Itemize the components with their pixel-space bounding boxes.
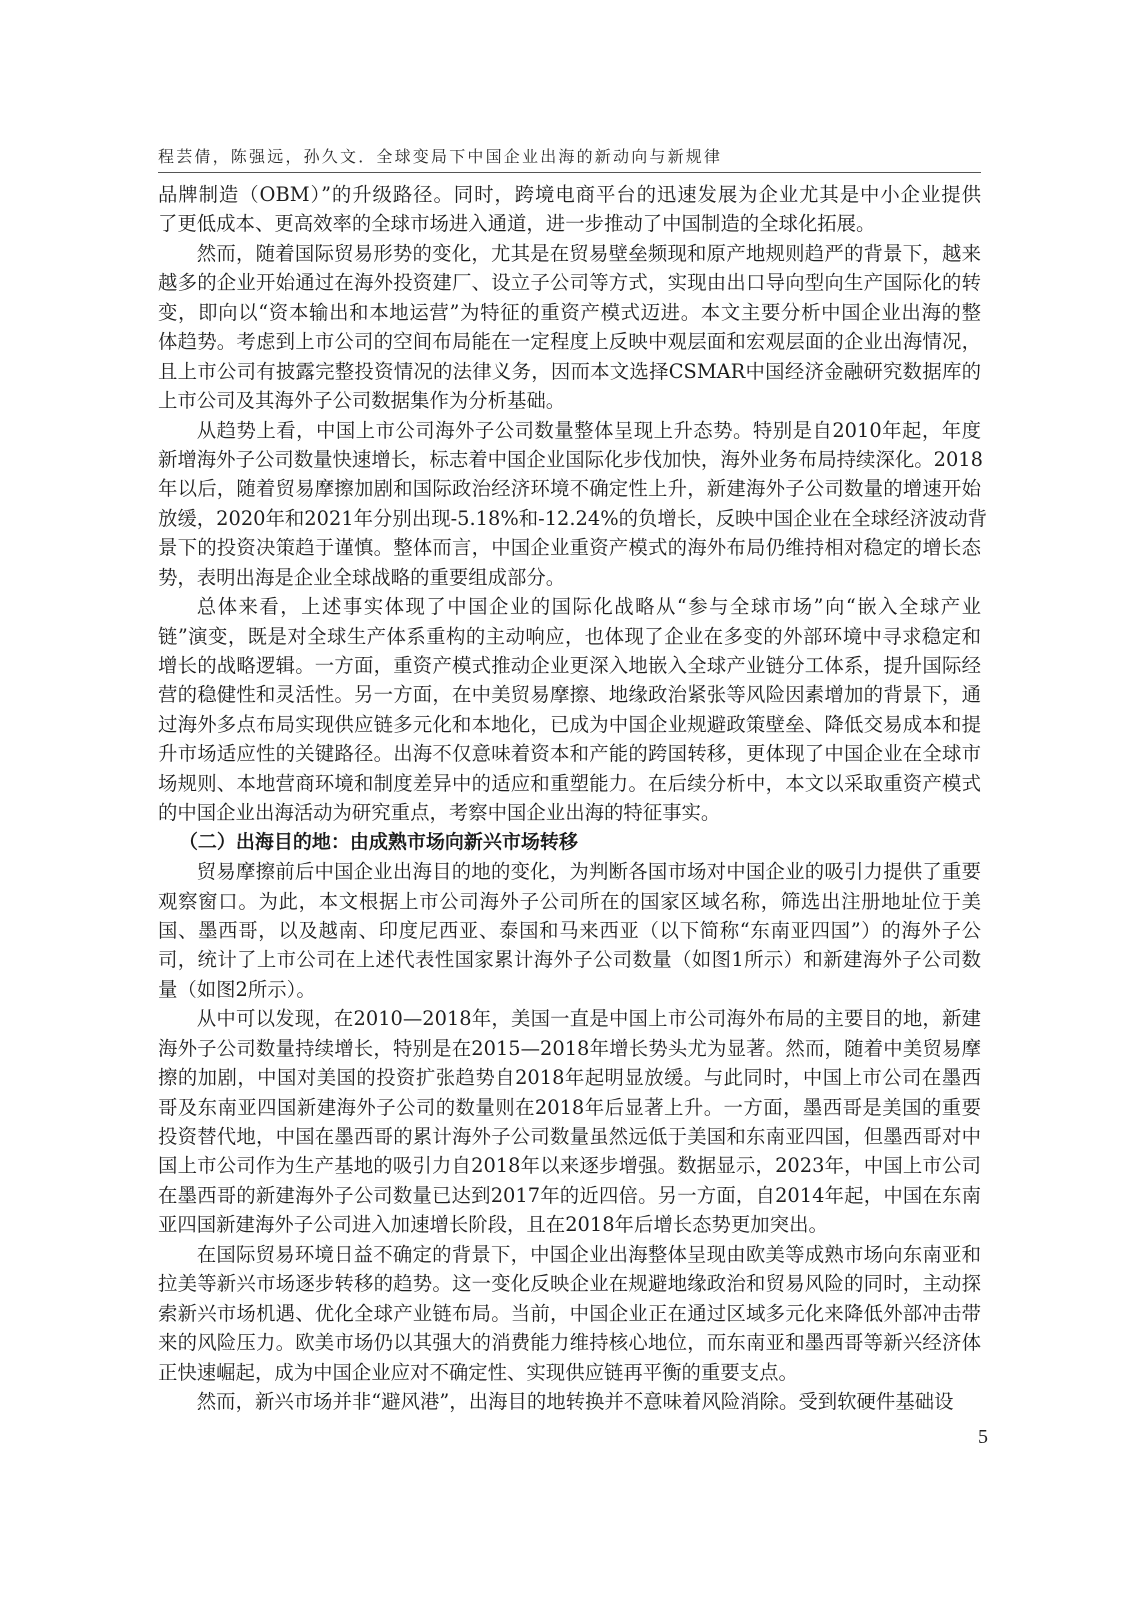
text-line: 品牌制造（OBM）”的升级路径。同时，跨境电商平台的迅速发展为企业尤其是中小企业… <box>158 180 981 209</box>
text-line: 擦的加剧，中国对美国的投资扩张趋势自2018年起明显放缓。与此同时，中国上市公司… <box>158 1063 981 1092</box>
text-line: 然而，新兴市场并非“避风港”，出海目的地转换并不意味着风险消除。受到软硬件基础设 <box>158 1387 981 1416</box>
text-line: 在国际贸易环境日益不确定的背景下，中国企业出海整体呈现由欧美等成熟市场向东南亚和 <box>158 1240 981 1269</box>
text-line: 哥及东南亚四国新建海外子公司的数量则在2018年后显著上升。一方面，墨西哥是美国… <box>158 1093 981 1122</box>
paragraph: 然而，随着国际贸易形势的变化，尤其是在贸易壁垒频现和原产地规则趋严的背景下，越来… <box>158 239 981 416</box>
text-line: 观察窗口。为此，本文根据上市公司海外子公司所在的国家区域名称，筛选出注册地址位于… <box>158 887 981 916</box>
paragraph: 总体来看，上述事实体现了中国企业的国际化战略从“参与全球市场”向“嵌入全球产业链… <box>158 592 981 828</box>
text-line: 亚四国新建海外子公司进入加速增长阶段，且在2018年后增长态势更加突出。 <box>158 1210 981 1239</box>
text-line: 链”演变，既是对全球生产体系重构的主动响应，也体现了企业在多变的外部环境中寻求稳… <box>158 622 981 651</box>
text-line: 投资替代地，中国在墨西哥的累计海外子公司数量虽然远低于美国和东南亚四国，但墨西哥… <box>158 1122 981 1151</box>
text-line: 来的风险压力。欧美市场仍以其强大的消费能力维持核心地位，而东南亚和墨西哥等新兴经… <box>158 1328 981 1357</box>
text-line: 景下的投资决策趋于谨慎。整体而言，中国企业重资产模式的海外布局仍维持相对稳定的增… <box>158 533 981 562</box>
text-line: 上市公司及其海外子公司数据集作为分析基础。 <box>158 386 981 415</box>
text-line: 过海外多点布局实现供应链多元化和本地化，已成为中国企业规避政策壁垒、降低交易成本… <box>158 710 981 739</box>
text-line: 索新兴市场机遇、优化全球产业链布局。当前，中国企业正在通过区域多元化来降低外部冲… <box>158 1299 981 1328</box>
paragraph: 从趋势上看，中国上市公司海外子公司数量整体呈现上升态势。特别是自2010年起，年… <box>158 416 981 593</box>
paragraphs-before-heading: 品牌制造（OBM）”的升级路径。同时，跨境电商平台的迅速发展为企业尤其是中小企业… <box>158 180 981 828</box>
text-line: 正快速崛起，成为中国企业应对不确定性、实现供应链再平衡的重要支点。 <box>158 1358 981 1387</box>
text-line: 势，表明出海是企业全球战略的重要组成部分。 <box>158 563 981 592</box>
text-line: 量（如图2所示）。 <box>158 975 981 1004</box>
section-heading: （二）出海目的地：由成熟市场向新兴市场转移 <box>158 828 981 857</box>
text-line: 从趋势上看，中国上市公司海外子公司数量整体呈现上升态势。特别是自2010年起，年… <box>158 416 981 445</box>
page-number: 5 <box>968 1426 988 1449</box>
paragraphs-after-heading: 贸易摩擦前后中国企业出海目的地的变化，为判断各国市场对中国企业的吸引力提供了重要… <box>158 857 981 1416</box>
text-line: 了更低成本、更高效率的全球市场进入通道，进一步推动了中国制造的全球化拓展。 <box>158 209 981 238</box>
paragraph: 贸易摩擦前后中国企业出海目的地的变化，为判断各国市场对中国企业的吸引力提供了重要… <box>158 857 981 1004</box>
text-line: 场规则、本地营商环境和制度差异中的适应和重塑能力。在后续分析中，本文以采取重资产… <box>158 769 981 798</box>
text-line: 拉美等新兴市场逐步转移的趋势。这一变化反映企业在规避地缘政治和贸易风险的同时，主… <box>158 1269 981 1298</box>
text-line: 司，统计了上市公司在上述代表性国家累计海外子公司数量（如图1所示）和新建海外子公… <box>158 945 981 974</box>
text-line: 营的稳健性和灵活性。另一方面，在中美贸易摩擦、地缘政治紧张等风险因素增加的背景下… <box>158 680 981 709</box>
text-line: 国上市公司作为生产基地的吸引力自2018年以来逐步增强。数据显示，2023年，中… <box>158 1151 981 1180</box>
text-line: 且上市公司有披露完整投资情况的法律义务，因而本文选择CSMAR中国经济金融研究数… <box>158 357 981 386</box>
text-line: 海外子公司数量持续增长，特别是在2015—2018年增长势头尤为显著。然而，随着… <box>158 1034 981 1063</box>
text-line: 越多的企业开始通过在海外投资建厂、设立子公司等方式，实现由出口导向型向生产国际化… <box>158 268 981 297</box>
text-line: 国、墨西哥，以及越南、印度尼西亚、泰国和马来西亚（以下简称“东南亚四国”）的海外… <box>158 916 981 945</box>
body-text: 品牌制造（OBM）”的升级路径。同时，跨境电商平台的迅速发展为企业尤其是中小企业… <box>158 180 981 1416</box>
paragraph: 从中可以发现，在2010—2018年，美国一直是中国上市公司海外布局的主要目的地… <box>158 1004 981 1240</box>
text-line: 增长的战略逻辑。一方面，重资产模式推动企业更深入地嵌入全球产业链分工体系，提升国… <box>158 651 981 680</box>
header-rule <box>158 172 981 173</box>
text-line: 贸易摩擦前后中国企业出海目的地的变化，为判断各国市场对中国企业的吸引力提供了重要 <box>158 857 981 886</box>
text-line: 年以后，随着贸易摩擦加剧和国际政治经济环境不确定性上升，新建海外子公司数量的增速… <box>158 474 981 503</box>
text-line: 从中可以发现，在2010—2018年，美国一直是中国上市公司海外布局的主要目的地… <box>158 1004 981 1033</box>
text-line: 体趋势。考虑到上市公司的空间布局能在一定程度上反映中观层面和宏观层面的企业出海情… <box>158 327 981 356</box>
text-line: 然而，随着国际贸易形势的变化，尤其是在贸易壁垒频现和原产地规则趋严的背景下，越来 <box>158 239 981 268</box>
document-page: 程芸倩，陈强远，孙久文．全球变局下中国企业出海的新动向与新规律 品牌制造（OBM… <box>0 0 1140 1600</box>
text-line: 的中国企业出海活动为研究重点，考察中国企业出海的特征事实。 <box>158 798 981 827</box>
text-line: 升市场适应性的关键路径。出海不仅意味着资本和产能的跨国转移，更体现了中国企业在全… <box>158 739 981 768</box>
paragraph: 品牌制造（OBM）”的升级路径。同时，跨境电商平台的迅速发展为企业尤其是中小企业… <box>158 180 981 239</box>
text-line: 在墨西哥的新建海外子公司数量已达到2017年的近四倍。另一方面，自2014年起，… <box>158 1181 981 1210</box>
text-line: 变，即向以“资本输出和本地运营”为特征的重资产模式迈进。本文主要分析中国企业出海… <box>158 298 981 327</box>
text-line: 总体来看，上述事实体现了中国企业的国际化战略从“参与全球市场”向“嵌入全球产业 <box>158 592 981 621</box>
text-line: 新增海外子公司数量快速增长，标志着中国企业国际化步伐加快，海外业务布局持续深化。… <box>158 445 981 474</box>
paragraph: 然而，新兴市场并非“避风港”，出海目的地转换并不意味着风险消除。受到软硬件基础设 <box>158 1387 981 1416</box>
paragraph: 在国际贸易环境日益不确定的背景下，中国企业出海整体呈现由欧美等成熟市场向东南亚和… <box>158 1240 981 1387</box>
running-head: 程芸倩，陈强远，孙久文．全球变局下中国企业出海的新动向与新规律 <box>158 146 981 168</box>
text-line: 放缓，2020年和2021年分别出现-5.18%和-12.24%的负增长，反映中… <box>158 504 981 533</box>
